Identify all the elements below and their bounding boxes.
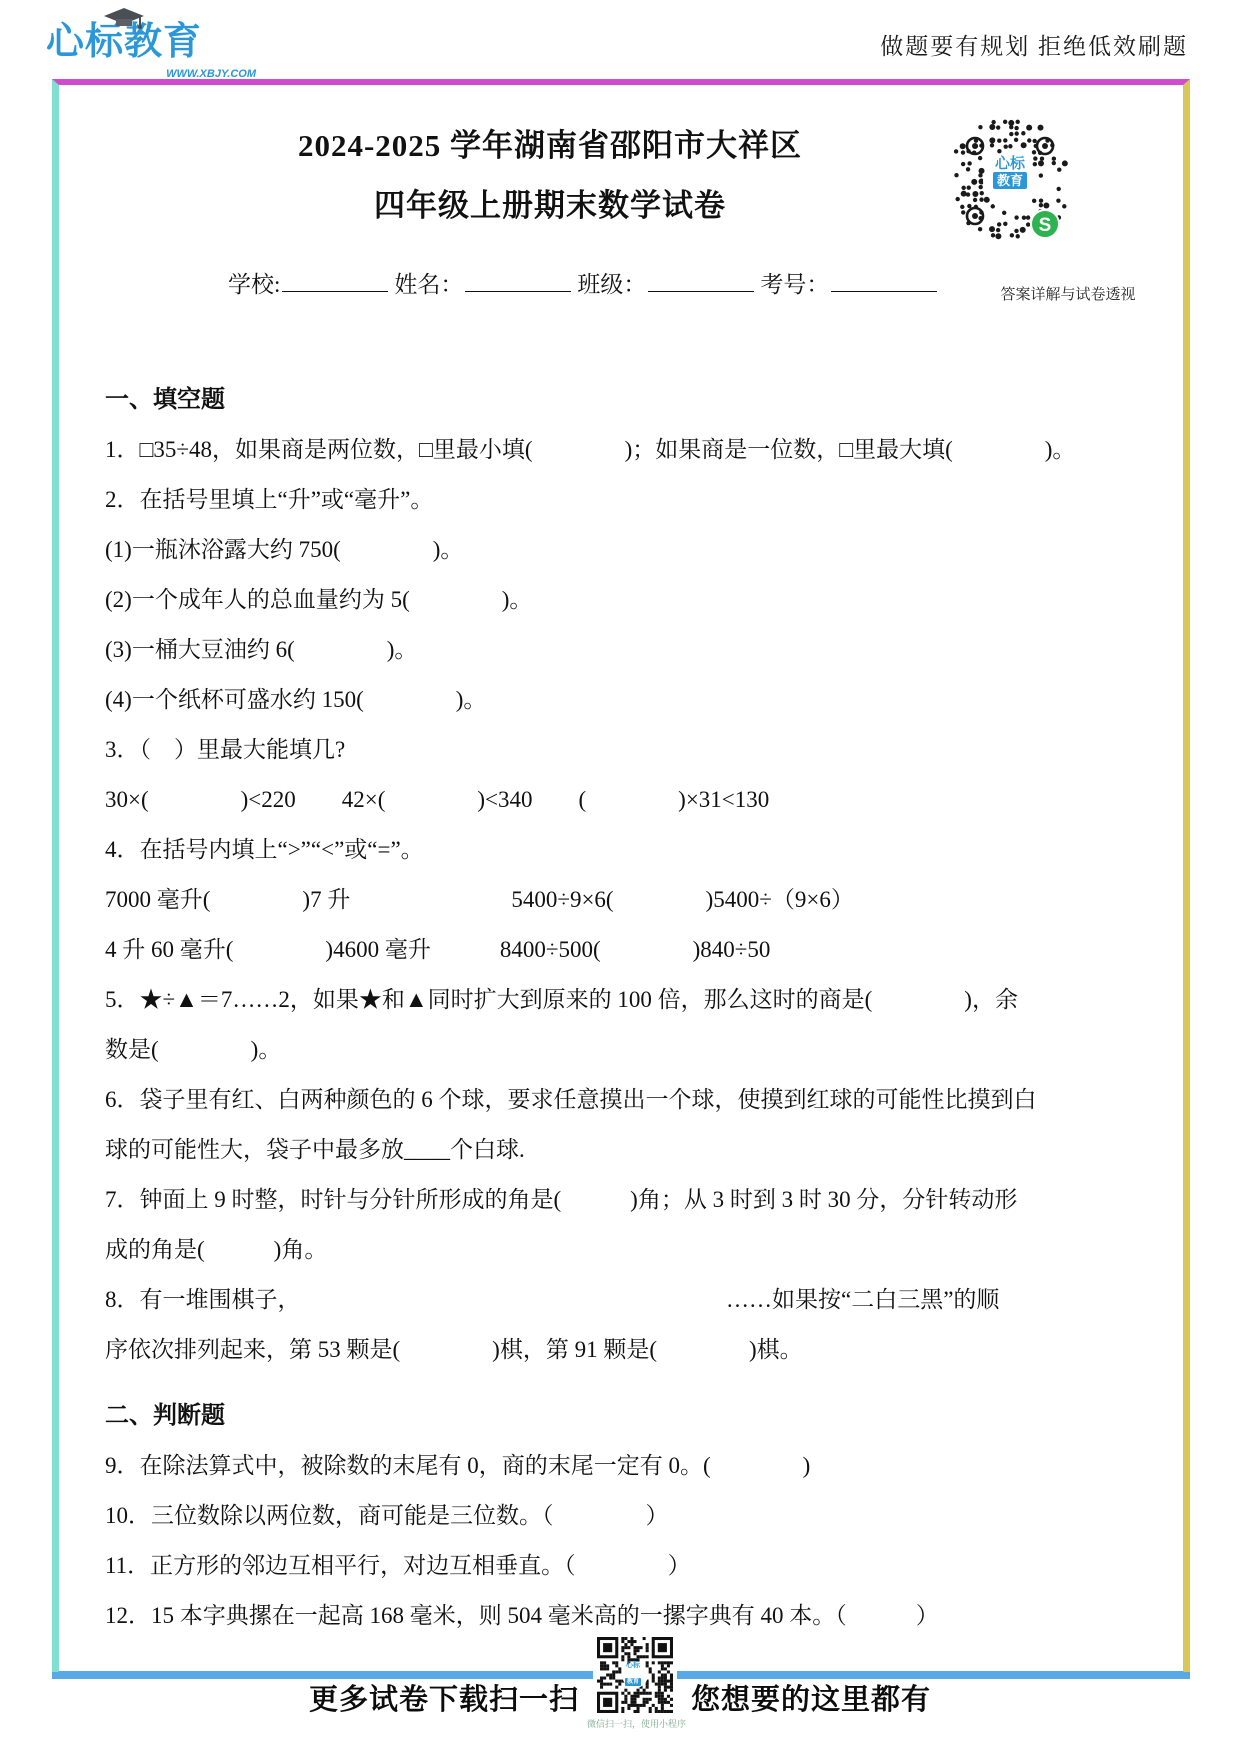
exam-title-line2: 四年级上册期末数学试卷 [60,180,1040,225]
info-field-label: 考号： [760,272,829,297]
graduation-cap-icon [104,8,144,35]
info-field-label: 姓名： [394,272,463,297]
question-line: 成的角是( )角。 [105,1225,1165,1275]
info-blank-line [282,269,388,292]
info-field-label: 学校: [228,272,280,297]
logo-text: 心标教育 [46,12,256,72]
question-line: 10．三位数除以两位数，商可能是三位数。（ ） [105,1491,1165,1541]
question-line: 序依次排列起来，第 53 颗是( )棋，第 91 颗是( )棋。 [105,1325,1165,1375]
question-line: (4)一个纸杯可盛水约 150( )。 [105,675,1165,725]
question-line: 4 升 60 毫升( )4600 毫升 8400÷500( )840÷50 [105,925,1165,975]
question-line: 11．正方形的邻边互相平行，对边互相垂直。（ ） [105,1541,1165,1591]
exam-title-line1: 2024-2025 学年湖南省邵阳市大祥区 [60,120,1040,165]
info-blank-line [831,269,937,292]
footer-right-text: 您想要的这里都有 [691,1677,931,1718]
question-line: 8．有一堆围棋子， ……如果按“二白三黑”的顺 [105,1275,1165,1325]
question-line: 5．★÷▲＝7……2，如果★和▲同时扩大到原来的 100 倍，那么这时的商是( … [105,975,1165,1025]
logo: 心标教育 WWW.XBJY.COM [46,12,256,78]
question-line: 2．在括号里填上“升”或“毫升”。 [105,475,1165,525]
exam-paper-page: 心标教育 WWW.XBJY.COM 做题要有规划 拒绝低效刷题 2024-202… [0,0,1240,1754]
question-line: (2)一个成年人的总血量约为 5( )。 [105,575,1165,625]
question-line: 9．在除法算式中，被除数的末尾有 0，商的末尾一定有 0。( ) [105,1441,1165,1491]
question-body: 一、填空题1．□35÷48，如果商是两位数，□里最小填( )；如果商是一位数，□… [105,375,1165,1641]
wechat-scan-caption: 微信扫一扫，使用小程序 [595,1718,675,1730]
question-line: (1)一瓶沐浴露大约 750( )。 [105,525,1165,575]
question-line: 1．□35÷48，如果商是两位数，□里最小填( )；如果商是一位数，□里最大填(… [105,425,1165,475]
header-slogan: 做题要有规划 拒绝低效刷题 [880,28,1188,61]
info-blank-line [465,269,571,292]
question-line: 30×( )<220 42×( )<340 ( )×31<130 [105,775,1165,825]
question-line: 数是( )。 [105,1025,1165,1075]
question-line: 7000 毫升( )7 升 5400÷9×6( )5400÷（9×6） [105,875,1165,925]
info-field-label: 班级： [577,272,646,297]
answer-qr-code: S 心标 教育 [945,116,1075,246]
qr-bottom-center-logo: 心标 教育 [620,1662,646,1686]
section-heading: 一、填空题 [105,375,1165,425]
question-line: 7．钟面上 9 时整，时针与分针所形成的角是( )角；从 3 时到 3 时 30… [105,1175,1165,1225]
footer: 更多试卷下载扫一扫 心标 教育 微信扫一扫，使用小程序 您想要的这里都有 [0,1624,1240,1734]
qr-top-caption: 答案详解与试卷透视 [983,283,1153,304]
student-info-line: 学校:姓名：班级：考号： [228,266,943,299]
question-line: 6．袋子里有红、白两种颜色的 6 个球，要求任意摸出一个球，使摸到红球的可能性比… [105,1075,1165,1125]
qr-center-logo: 心标 教育 [984,156,1036,206]
svg-text:S: S [1039,215,1052,236]
question-line: (3)一桶大豆油约 6( )。 [105,625,1165,675]
info-blank-line [648,269,754,292]
question-line: 球的可能性大，袋子中最多放____个白球. [105,1125,1165,1175]
download-qr-code: 心标 教育 微信扫一扫，使用小程序 [593,1635,677,1730]
footer-left-text: 更多试卷下载扫一扫 [309,1677,579,1718]
question-line: 3．（ ）里最大能填几? [105,725,1165,775]
section-heading: 二、判断题 [105,1391,1165,1441]
question-line: 4．在括号内填上“>”“<”或“=”。 [105,825,1165,875]
